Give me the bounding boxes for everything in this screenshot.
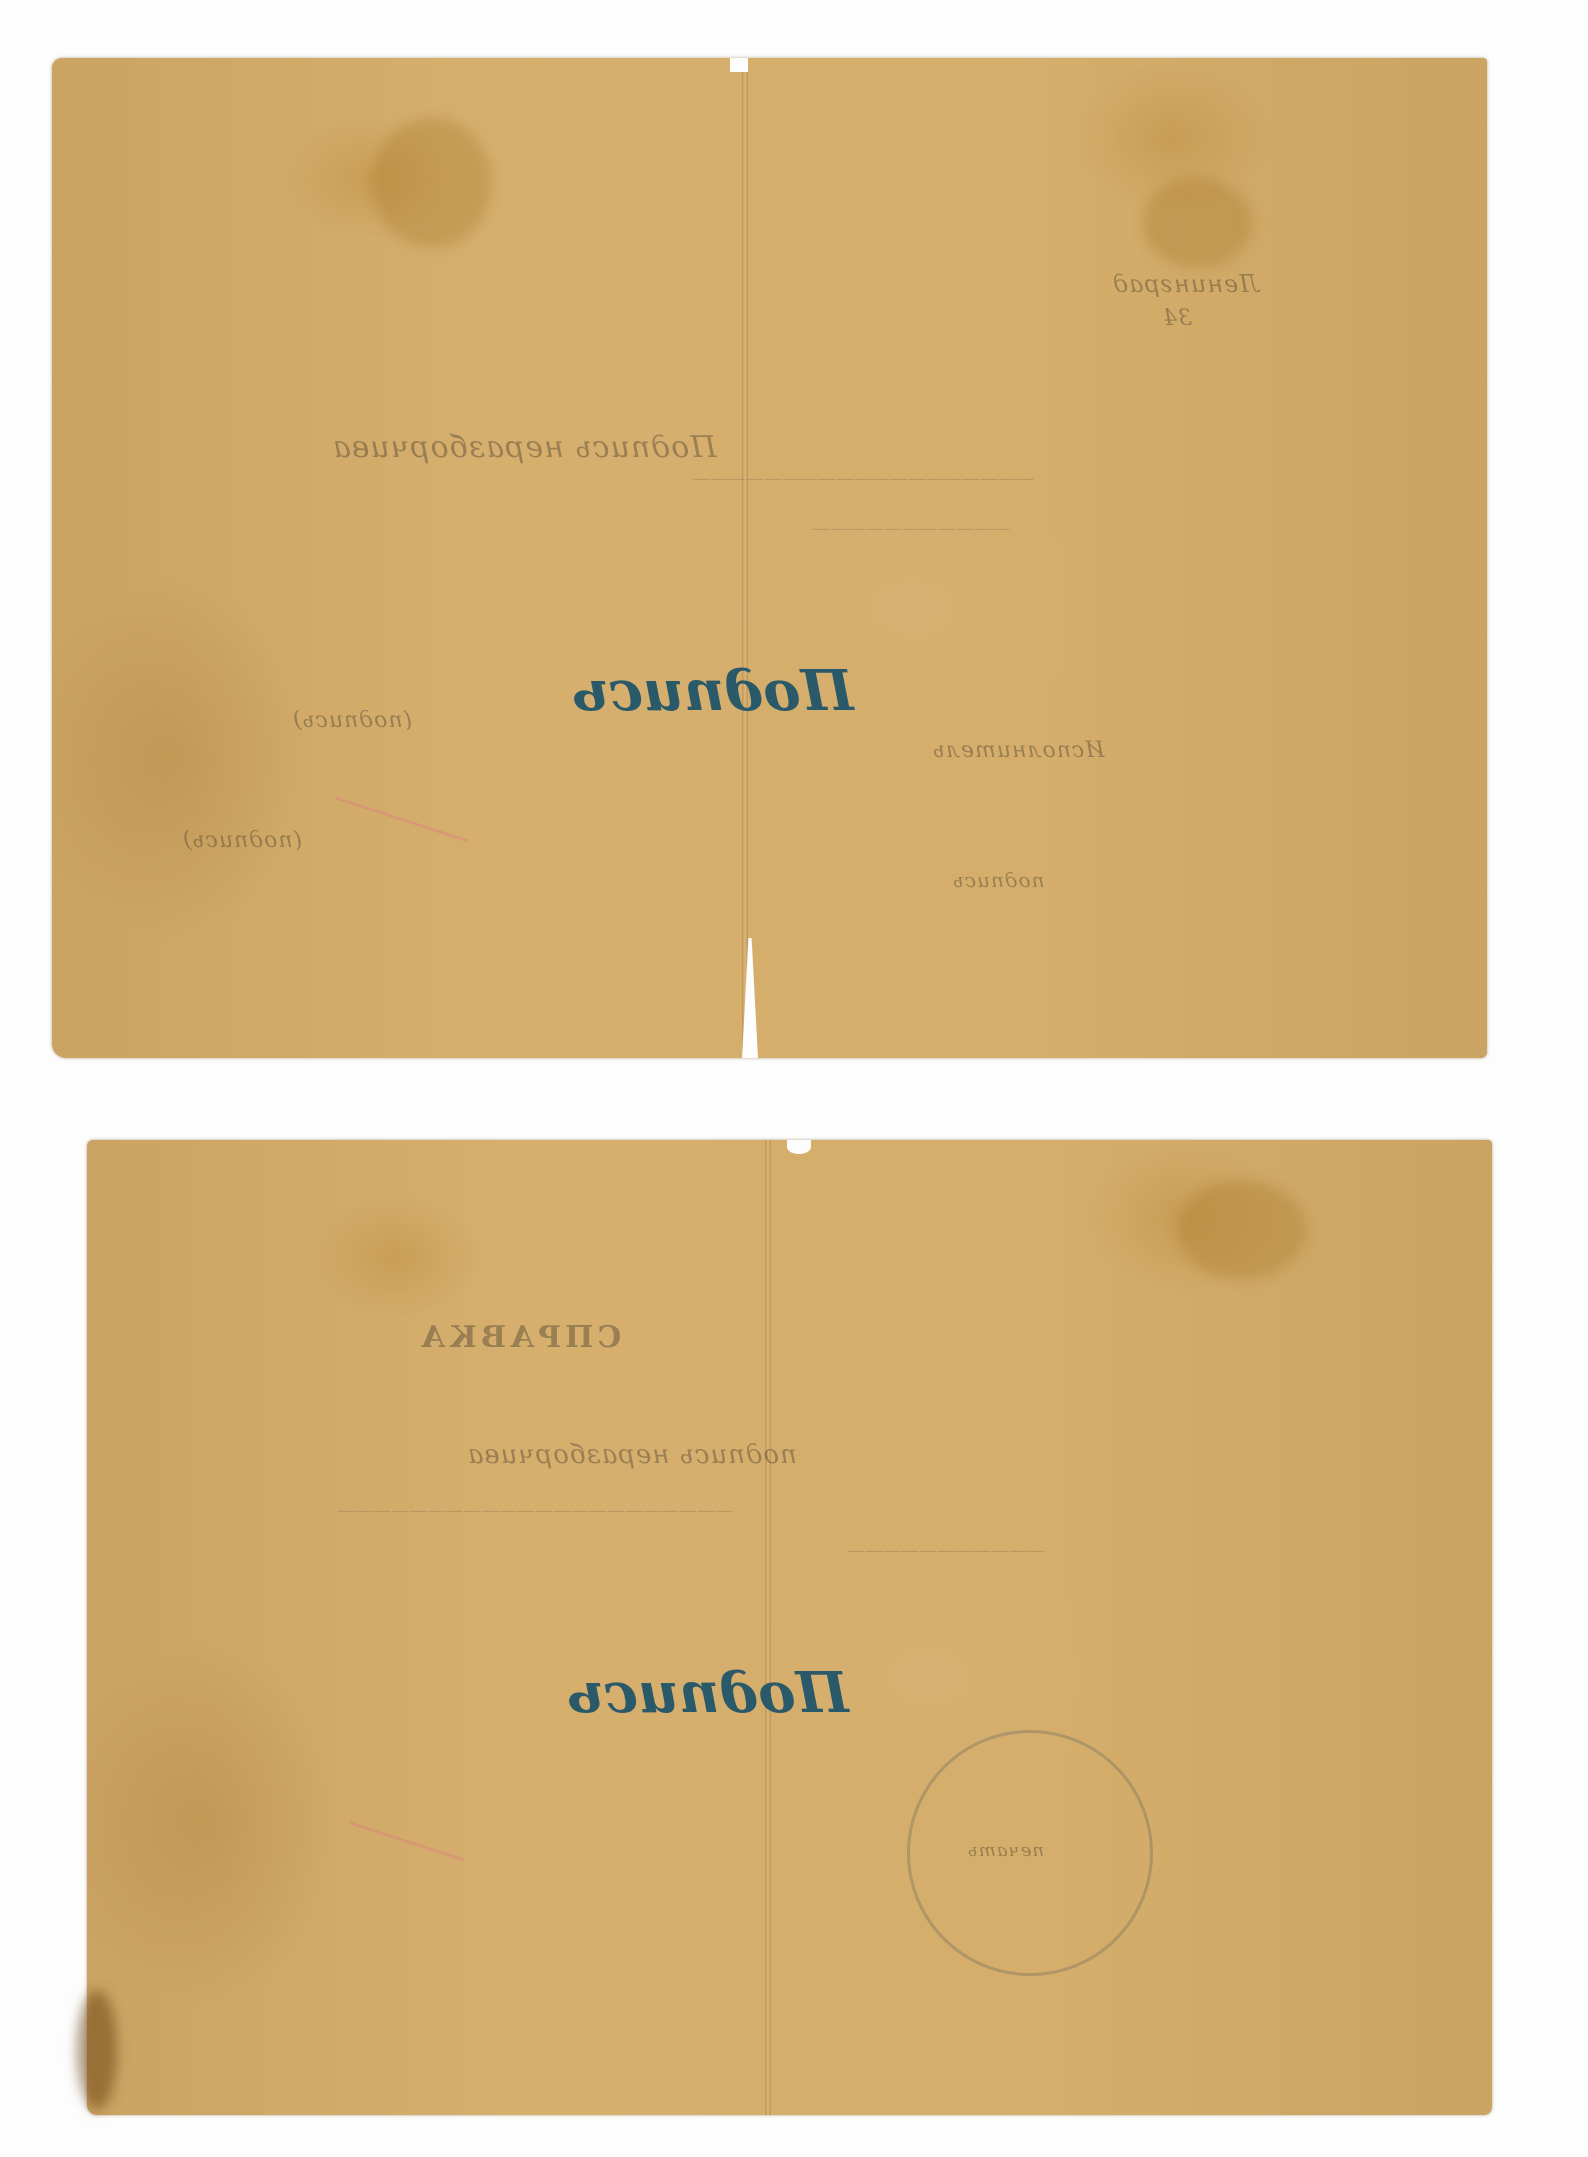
printed-show-through: ——————————— <box>847 1540 1045 1561</box>
addressee-line: подпись неразборчива <box>467 1440 797 1470</box>
printed-show-through: ——————————————————— <box>692 468 1034 489</box>
top-notch <box>787 1140 811 1154</box>
bottom-right-caption: подпись <box>952 868 1044 892</box>
document-header: СПРАВКА <box>417 1320 621 1355</box>
paper-stain <box>372 118 492 248</box>
right-caption: Исполнитель <box>932 738 1104 763</box>
signature: Подпись <box>567 1660 849 1726</box>
edge-stain <box>77 1990 117 2110</box>
bottom-left-caption: (подпись) <box>182 828 302 853</box>
fold-crease <box>742 58 748 1058</box>
printed-show-through: —————————————————————— <box>337 1500 733 1521</box>
stamp-text: печать <box>967 1840 1044 1861</box>
signature: Подпись <box>572 658 854 724</box>
paper-stain <box>1177 1180 1307 1280</box>
pink-mark <box>349 1822 464 1862</box>
top-document-sheet: Ленинград 34 Подпись неразборчива ——————… <box>52 58 1487 1058</box>
bottom-document-sheet: СПРАВКА подпись неразборчива ———————————… <box>87 1140 1492 2115</box>
printed-show-through: ——————————— <box>812 518 1010 539</box>
addressee-line: Подпись неразборчива <box>332 430 716 465</box>
top-notch <box>730 58 748 72</box>
corner-number: 34 <box>1162 306 1192 331</box>
left-caption: (подпись) <box>292 708 412 733</box>
corner-note: Ленинград <box>1112 270 1259 298</box>
paper-stain <box>1142 178 1252 268</box>
fold-crease <box>765 1140 771 2115</box>
pink-mark <box>335 796 469 842</box>
